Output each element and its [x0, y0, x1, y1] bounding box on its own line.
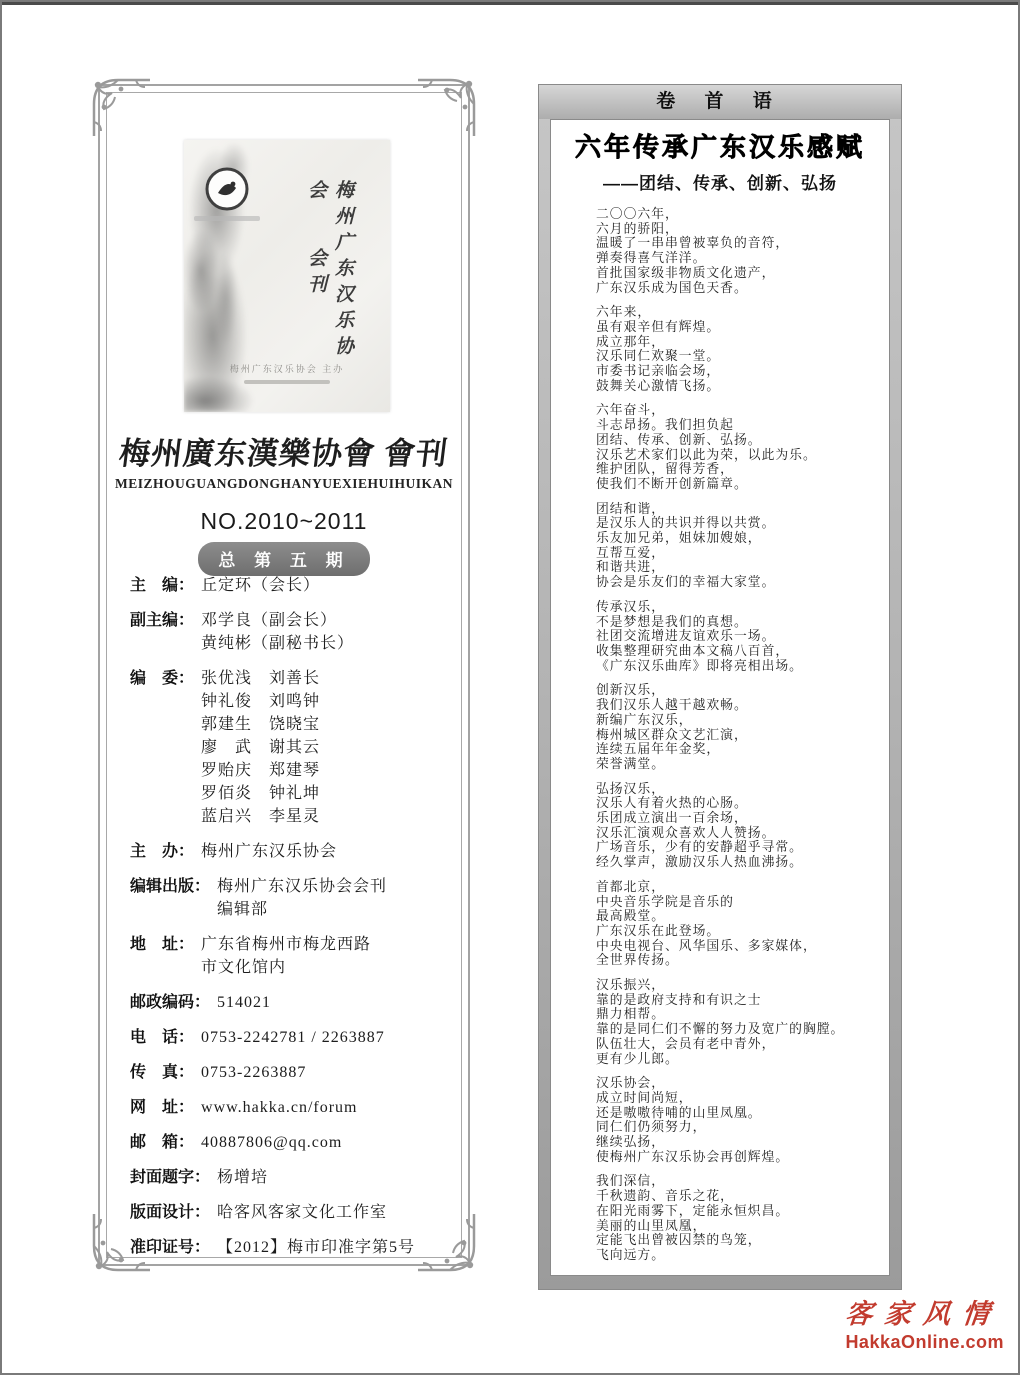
- poem-stanza: 二〇〇六年，六月的骄阳，温暖了一串串曾被辜负的音符，弹奏得喜气洋洋。首批国家级非…: [596, 207, 875, 295]
- masthead-label: 副主编：: [130, 609, 194, 632]
- masthead-row: 主 编：丘定环（会长）: [130, 574, 456, 597]
- poem-stanza: 弘扬汉乐，汉乐人有着火热的心肠。乐团成立演出一百余场，汉乐汇演观众喜欢人人赞扬。…: [596, 782, 875, 870]
- masthead-row: 编辑出版：梅州广东汉乐协会会刊编辑部: [130, 875, 456, 921]
- masthead-row: 副主编：邓学良（副会长）黄纯彬（副秘书长）: [130, 609, 456, 655]
- poem-line: 不是梦想是我们的真想。: [596, 615, 875, 630]
- masthead-list: 主 编：丘定环（会长）副主编：邓学良（副会长）黄纯彬（副秘书长）编 委：张优浅 …: [130, 574, 456, 1271]
- masthead-value-line: 梅州广东汉乐协会会刊: [217, 875, 387, 898]
- poem-stanza: 汉乐振兴，靠的是政府支持和有识之士鼎力相帮。靠的是同仁们不懈的努力及宽广的胸膛。…: [596, 978, 875, 1066]
- journal-cover-image: 梅州广东汉乐协会 会刊 梅州广东汉乐协会 主办: [184, 140, 390, 412]
- poem-line: 中央音乐学院是音乐的: [596, 895, 875, 910]
- masthead-value: 广东省梅州市梅龙西路市文化馆内: [201, 933, 371, 979]
- masthead-value-line: 【2012】梅市印准字第5号: [217, 1236, 415, 1259]
- foreword-content: 六年传承广东汉乐感赋 ——团结、传承、创新、弘扬 二〇〇六年，六月的骄阳，温暖了…: [550, 119, 890, 1276]
- poem: 二〇〇六年，六月的骄阳，温暖了一串串曾被辜负的音符，弹奏得喜气洋洋。首批国家级非…: [551, 207, 889, 1263]
- poem-line: 我们汉乐人越干越欢畅。: [596, 698, 875, 713]
- masthead-label: 编辑出版：: [130, 875, 210, 898]
- masthead-value-line: 市文化馆内: [201, 956, 371, 979]
- masthead-value-line: 郭建生 饶晓宝: [201, 713, 320, 736]
- masthead-value-line: 钟礼俊 刘鸣钟: [201, 690, 320, 713]
- poem-line: 弹奏得喜气洋洋。: [596, 251, 875, 266]
- masthead-label: 主 办：: [130, 840, 194, 863]
- poem-line: 传承汉乐，: [596, 600, 875, 615]
- poem-line: 团结和谐，: [596, 502, 875, 517]
- poem-stanza: 六年奋斗，斗志昂扬。我们担负起团结、传承、创新、弘扬。汉乐艺术家们以此为荣，以此…: [596, 403, 875, 491]
- masthead-value-line: 罗贻庆 郑建琴: [201, 759, 320, 782]
- masthead-value: www.hakka.cn/forum: [201, 1096, 357, 1119]
- poem-line: 互帮互爱，: [596, 546, 875, 561]
- poem-line: 成立时间尚短，: [596, 1091, 875, 1106]
- cover-fineprint: [244, 380, 330, 384]
- masthead-label: 版面设计：: [130, 1201, 210, 1224]
- masthead-value: 梅州广东汉乐协会: [201, 840, 337, 863]
- poem-line: 六月的骄阳，: [596, 222, 875, 237]
- masthead-value-line: 蓝启兴 李星灵: [201, 805, 320, 828]
- poem-line: 汉乐艺术家们以此为荣，以此为乐。: [596, 448, 875, 463]
- cover-title-suffix: 会刊: [305, 248, 326, 300]
- poem-line: 使梅州广东汉乐协会再创辉煌。: [596, 1150, 875, 1165]
- poem-line: 队伍壮大，会员有老中青外，: [596, 1037, 875, 1052]
- masthead-value: 哈客风客家文化工作室: [217, 1201, 387, 1224]
- poem-line: 中央电视台、风华国乐、多家媒体，: [596, 939, 875, 954]
- masthead-value-line: 黄纯彬（副秘书长）: [201, 632, 354, 655]
- masthead-value-line: 杨增培: [217, 1166, 268, 1189]
- poem-line: 新编广东汉乐，: [596, 713, 875, 728]
- masthead-value-line: 哈客风客家文化工作室: [217, 1201, 387, 1224]
- masthead-value: 0753-2263887: [201, 1061, 306, 1084]
- site-watermark: 客家风情 HakkaOnline.com: [845, 1292, 1004, 1353]
- masthead-label: 电 话：: [130, 1026, 194, 1049]
- masthead-row: 电 话：0753-2242781 / 2263887: [130, 1026, 456, 1049]
- poem-line: 美丽的山里凤凰，: [596, 1219, 875, 1234]
- poem-line: 团结、传承、创新、弘扬。: [596, 433, 875, 448]
- poem-stanza: 团结和谐，是汉乐人的共识并得以共赏。乐友加兄弟，姐妹加嫂娘，互帮互爱，和谐共进，…: [596, 502, 875, 590]
- masthead-row: 网 址：www.hakka.cn/forum: [130, 1096, 456, 1119]
- masthead-label: 主 编：: [130, 574, 194, 597]
- masthead-value-line: 张优浅 刘善长: [201, 667, 320, 690]
- poem-line: 弘扬汉乐，: [596, 782, 875, 797]
- masthead-row: 编 委：张优浅 刘善长钟礼俊 刘鸣钟郭建生 饶晓宝廖 武 谢其云罗贻庆 郑建琴罗…: [130, 667, 456, 828]
- masthead-label: 网 址：: [130, 1096, 194, 1119]
- poem-stanza: 创新汉乐，我们汉乐人越干越欢畅。新编广东汉乐，梅州城区群众文艺汇演，连续五届年年…: [596, 683, 875, 771]
- poem-line: 汉乐汇演观众喜欢人人赞扬。: [596, 826, 875, 841]
- issue-number: NO.2010~2011: [100, 508, 468, 535]
- poem-line: 荣誉满堂。: [596, 757, 875, 772]
- watermark-en: HakkaOnline.com: [845, 1332, 1004, 1353]
- poem-line: 鼓舞关心激情飞扬。: [596, 379, 875, 394]
- poem-line: 梅州城区群众文艺汇演，: [596, 728, 875, 743]
- poem-line: 六年来，: [596, 305, 875, 320]
- poem-line: 最高殿堂。: [596, 909, 875, 924]
- masthead-title-block: 梅州廣东漢樂协會 會刊 MEIZHOUGUANGDONGHANYUEXIEHUI…: [100, 428, 468, 576]
- masthead-value: 40887806@qq.com: [201, 1131, 342, 1154]
- poem-line: 同仁们仍须努力，: [596, 1120, 875, 1135]
- foreword-header: 卷 首 语: [539, 85, 901, 119]
- poem-line: 继续弘扬，: [596, 1135, 875, 1150]
- poem-line: 收集整理研究曲本文稿八百首，: [596, 644, 875, 659]
- masthead-label: 地 址：: [130, 933, 194, 956]
- masthead-value-line: 0753-2263887: [201, 1061, 306, 1084]
- cover-vertical-title: 梅州广东汉乐协会 会刊: [302, 180, 356, 380]
- poem-line: 飞向远方。: [596, 1248, 875, 1263]
- masthead-value-line: 梅州广东汉乐协会: [201, 840, 337, 863]
- poem-stanza: 传承汉乐，不是梦想是我们的真想。社团交流增进友谊欢乐一场。收集整理研究曲本文稿八…: [596, 600, 875, 674]
- poem-line: 靠的是政府支持和有识之士: [596, 993, 875, 1008]
- poem-line: 鼎力相帮。: [596, 1007, 875, 1022]
- poem-line: 首都北京，: [596, 880, 875, 895]
- poem-line: 广东汉乐在此登场。: [596, 924, 875, 939]
- magazine-page: 梅州广东汉乐协会 会刊 梅州广东汉乐协会 主办 梅州廣东漢樂协會 會刊 MEIZ…: [0, 0, 1020, 1375]
- masthead-label: 邮政编码：: [130, 991, 210, 1014]
- masthead-value-line: 0753-2242781 / 2263887: [201, 1026, 385, 1049]
- masthead-value: 514021: [217, 991, 271, 1014]
- poem-line: 更有少儿郎。: [596, 1052, 875, 1067]
- poem-line: 汉乐协会，: [596, 1076, 875, 1091]
- poem-line: 成立那年，: [596, 335, 875, 350]
- issue-badge: 总 第 五 期: [198, 542, 369, 576]
- poem-line: 使我们不断开创新篇章。: [596, 477, 875, 492]
- poem-title: 六年传承广东汉乐感赋: [551, 127, 889, 164]
- poem-line: 协会是乐友们的幸福大家堂。: [596, 575, 875, 590]
- poem-line: 虽有艰辛但有辉煌。: [596, 320, 875, 335]
- poem-line: 汉乐人有着火热的心肠。: [596, 796, 875, 811]
- masthead-label: 邮 箱：: [130, 1131, 194, 1154]
- masthead-value: 【2012】梅市印准字第5号: [217, 1236, 415, 1259]
- masthead-label: 封面题字：: [130, 1166, 210, 1189]
- masthead-row: 主 办：梅州广东汉乐协会: [130, 840, 456, 863]
- masthead-value-line: 514021: [217, 991, 271, 1014]
- poem-line: 六年奋斗，: [596, 403, 875, 418]
- masthead-value: 杨增培: [217, 1166, 268, 1189]
- poem-line: 和谐共进，: [596, 560, 875, 575]
- masthead-label: 编 委：: [130, 667, 194, 690]
- poem-line: 汉乐同仁欢聚一堂。: [596, 349, 875, 364]
- poem-line: 是汉乐人的共识并得以共赏。: [596, 516, 875, 531]
- masthead-value-line: www.hakka.cn/forum: [201, 1096, 357, 1119]
- poem-line: 连续五届年年金奖，: [596, 742, 875, 757]
- poem-line: 《广东汉乐曲库》即将亮相出场。: [596, 659, 875, 674]
- masthead-value-line: 编辑部: [217, 898, 387, 921]
- poem-line: 全世界传扬。: [596, 953, 875, 968]
- poem-stanza: 首都北京，中央音乐学院是音乐的最高殿堂。广东汉乐在此登场。中央电视台、风华国乐、…: [596, 880, 875, 968]
- masthead-value: 0753-2242781 / 2263887: [201, 1026, 385, 1049]
- masthead-value: 邓学良（副会长）黄纯彬（副秘书长）: [201, 609, 354, 655]
- poem-line: 广东汉乐成为国色天香。: [596, 281, 875, 296]
- poem-stanza: 汉乐协会，成立时间尚短，还是嗷嗷待哺的山里凤凰。同仁们仍须努力，继续弘扬，使梅州…: [596, 1076, 875, 1164]
- masthead-value-line: 邓学良（副会长）: [201, 609, 354, 632]
- journal-title-romanization: MEIZHOUGUANGDONGHANYUEXIEHUIHUIKAN: [100, 476, 468, 492]
- poem-line: 我们深信，: [596, 1174, 875, 1189]
- poem-line: 广场音乐，少有的安静超乎寻常。: [596, 840, 875, 855]
- poem-line: 定能飞出曾被囚禁的鸟笼，: [596, 1233, 875, 1248]
- masthead-row: 邮 箱：40887806@qq.com: [130, 1131, 456, 1154]
- masthead-row: 封面题字：杨增培: [130, 1166, 456, 1189]
- masthead-value-line: 广东省梅州市梅龙西路: [201, 933, 371, 956]
- poem-line: 创新汉乐，: [596, 683, 875, 698]
- poem-line: 汉乐振兴，: [596, 978, 875, 993]
- seal-ring-text: [194, 216, 260, 221]
- poem-line: 维护团队，留得芳香，: [596, 462, 875, 477]
- poem-subtitle: ——团结、传承、创新、弘扬: [551, 169, 889, 194]
- poem-line: 乐团成立演出一百余场，: [596, 811, 875, 826]
- poem-line: 千秋遗韵、音乐之花，: [596, 1189, 875, 1204]
- masthead-label: 准印证号：: [130, 1236, 210, 1259]
- masthead-value-line: 丘定环（会长）: [201, 574, 320, 597]
- masthead-value: 张优浅 刘善长钟礼俊 刘鸣钟郭建生 饶晓宝廖 武 谢其云罗贻庆 郑建琴罗佰炎 钟…: [201, 667, 320, 828]
- poem-line: 二〇〇六年，: [596, 207, 875, 222]
- masthead-value-line: 廖 武 谢其云: [201, 736, 320, 759]
- masthead-row: 准印证号：【2012】梅市印准字第5号: [130, 1236, 456, 1259]
- poem-line: 经久掌声，激励汉乐人热血沸扬。: [596, 855, 875, 870]
- journal-title-calligraphy: 梅州廣东漢樂协會 會刊: [97, 428, 471, 473]
- masthead-value-line: 罗佰炎 钟礼坤: [201, 782, 320, 805]
- poem-line: 靠的是同仁们不懈的努力及宽广的胸膛。: [596, 1022, 875, 1037]
- poem-line: 乐友加兄弟，姐妹加嫂娘，: [596, 531, 875, 546]
- poem-line: 还是嗷嗷待哺的山里凤凰。: [596, 1106, 875, 1121]
- masthead-label: 传 真：: [130, 1061, 194, 1084]
- masthead-row: 版面设计：哈客风客家文化工作室: [130, 1201, 456, 1224]
- poem-line: 温暖了一串串曾被辜负的音符，: [596, 236, 875, 251]
- masthead-value: 梅州广东汉乐协会会刊编辑部: [217, 875, 387, 921]
- poem-attribution: （文/丘定环）: [551, 1273, 889, 1276]
- poem-stanza: 我们深信，千秋遗韵、音乐之花，在阳光雨雾下，定能永恒炽昌。美丽的山里凤凰，定能飞…: [596, 1174, 875, 1262]
- masthead-value: 丘定环（会长）: [201, 574, 320, 597]
- masthead-row: 传 真：0753-2263887: [130, 1061, 456, 1084]
- cover-caption: 梅州广东汉乐协会 主办: [184, 362, 390, 375]
- masthead-panel: 梅州广东汉乐协会 会刊 梅州广东汉乐协会 主办 梅州廣东漢樂协會 會刊 MEIZ…: [98, 84, 470, 1266]
- masthead-value-line: 40887806@qq.com: [201, 1131, 342, 1154]
- masthead-row: 地 址：广东省梅州市梅龙西路市文化馆内: [130, 933, 456, 979]
- association-seal-icon: [204, 166, 250, 212]
- masthead-row: 邮政编码：514021: [130, 991, 456, 1014]
- poem-line: 市委书记亲临会场，: [596, 364, 875, 379]
- poem-line: 斗志昂扬。我们担负起: [596, 418, 875, 433]
- poem-line: 首批国家级非物质文化遗产，: [596, 266, 875, 281]
- poem-line: 在阳光雨雾下，定能永恒炽昌。: [596, 1204, 875, 1219]
- watermark-cn: 客家风情: [843, 1292, 1006, 1331]
- poem-stanza: 六年来，虽有艰辛但有辉煌。成立那年，汉乐同仁欢聚一堂。市委书记亲临会场，鼓舞关心…: [596, 305, 875, 393]
- foreword-panel: 卷 首 语 六年传承广东汉乐感赋 ——团结、传承、创新、弘扬 二〇〇六年，六月的…: [538, 84, 902, 1290]
- poem-line: 社团交流增进友谊欢乐一场。: [596, 629, 875, 644]
